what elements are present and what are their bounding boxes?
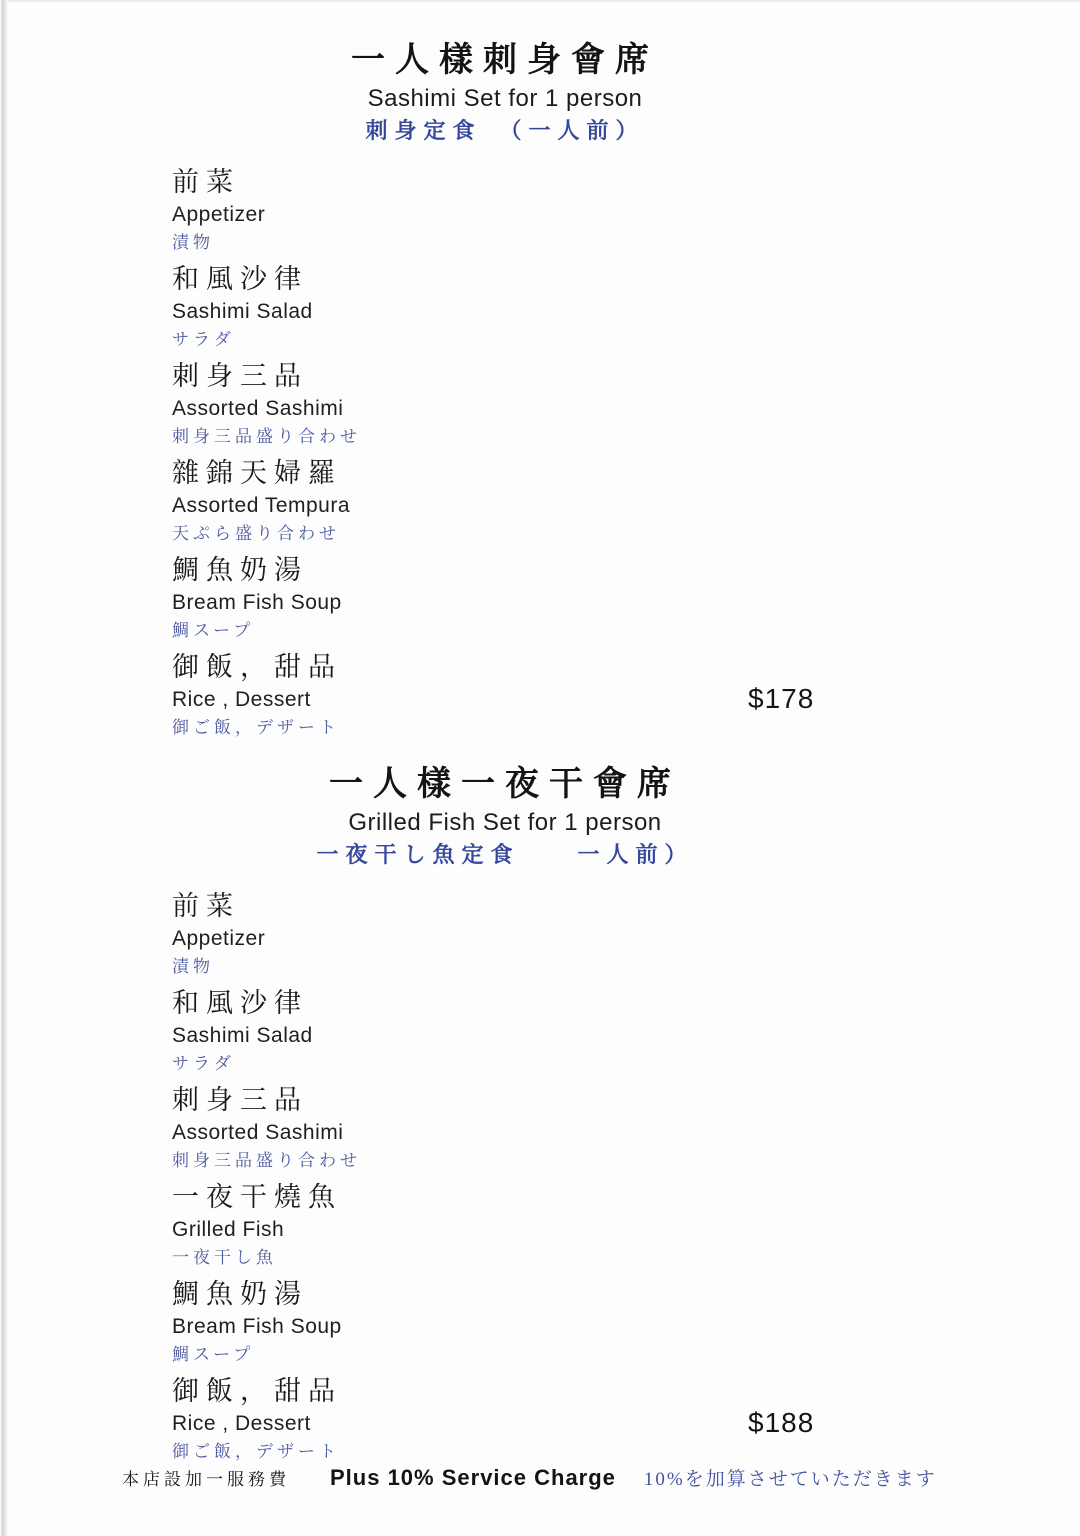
section-sashimi-set: 一人樣刺身會席 Sashimi Set for 1 person 刺身定食 （一… bbox=[0, 0, 1080, 741]
item-name-zh: 鯛魚奶湯 bbox=[172, 552, 932, 588]
menu-item: 御飯，甜品 Rice , Dessert 御ご飯，デザート $188 bbox=[172, 1373, 932, 1465]
menu-item: 鯛魚奶湯 Bream Fish Soup 鯛スープ bbox=[172, 1276, 932, 1368]
menu-item: 御飯，甜品 Rice , Dessert 御ご飯，デザート $178 bbox=[172, 649, 932, 741]
item-name-zh: 前菜 bbox=[172, 888, 932, 924]
menu-item: 雜錦天婦羅 Assorted Tempura 天ぷら盛り合わせ bbox=[172, 455, 932, 547]
item-name-zh: 御飯，甜品 bbox=[172, 649, 932, 685]
menu-page: 一人樣刺身會席 Sashimi Set for 1 person 刺身定食 （一… bbox=[0, 0, 1080, 1536]
item-name-jp: 天ぷら盛り合わせ bbox=[172, 521, 932, 547]
menu-item: 前菜 Appetizer 漬物 bbox=[172, 888, 932, 980]
item-name-en: Appetizer bbox=[172, 200, 932, 230]
item-name-zh: 刺身三品 bbox=[172, 1082, 932, 1118]
item-name-en: Rice , Dessert bbox=[172, 1409, 932, 1439]
item-name-jp: サラダ bbox=[172, 327, 932, 353]
service-charge-note: 本店設加一服務費 Plus 10% Service Charge 10%を加算さ… bbox=[0, 1464, 1080, 1491]
section-title-en: Grilled Fish Set for 1 person bbox=[0, 808, 1010, 838]
item-name-zh: 前菜 bbox=[172, 164, 932, 200]
item-name-zh: 御飯，甜品 bbox=[172, 1373, 932, 1409]
scan-edge-top bbox=[0, 0, 1080, 3]
item-name-jp: 一夜干し魚 bbox=[172, 1245, 932, 1271]
item-name-en: Assorted Sashimi bbox=[172, 1118, 932, 1148]
item-name-jp: サラダ bbox=[172, 1051, 932, 1077]
item-name-en: Appetizer bbox=[172, 924, 932, 954]
item-price: $188 bbox=[748, 1407, 814, 1439]
item-name-en: Assorted Sashimi bbox=[172, 394, 932, 424]
item-name-en: Rice , Dessert bbox=[172, 685, 932, 715]
section-title-jp: 刺身定食 （一人前） bbox=[0, 114, 1010, 148]
item-name-zh: 一夜干燒魚 bbox=[172, 1179, 932, 1215]
section-title-jp: 一夜干し魚定食 一人前） bbox=[0, 838, 1010, 872]
item-name-jp: 漬物 bbox=[172, 230, 932, 256]
scan-edge-left bbox=[0, 0, 8, 1536]
item-name-en: Bream Fish Soup bbox=[172, 1312, 932, 1342]
section-title-zh: 一人樣一夜干會席 bbox=[0, 762, 1010, 808]
menu-item: 和風沙律 Sashimi Salad サラダ bbox=[172, 261, 932, 353]
menu-item: 前菜 Appetizer 漬物 bbox=[172, 164, 932, 256]
item-name-jp: 鯛スープ bbox=[172, 1342, 932, 1368]
item-name-zh: 和風沙律 bbox=[172, 261, 932, 297]
item-name-en: Assorted Tempura bbox=[172, 491, 932, 521]
item-name-en: Sashimi Salad bbox=[172, 297, 932, 327]
menu-item: 一夜干燒魚 Grilled Fish 一夜干し魚 bbox=[172, 1179, 932, 1271]
item-name-zh: 刺身三品 bbox=[172, 358, 932, 394]
service-charge-zh: 本店設加一服務費 bbox=[122, 1465, 290, 1490]
menu-item: 刺身三品 Assorted Sashimi 刺身三品盛り合わせ bbox=[172, 1082, 932, 1174]
item-name-en: Bream Fish Soup bbox=[172, 588, 932, 618]
item-name-jp: 鯛スープ bbox=[172, 618, 932, 644]
item-price: $178 bbox=[748, 683, 814, 715]
service-charge-jp: 10%を加算させていただきます bbox=[644, 1464, 937, 1491]
item-name-zh: 鯛魚奶湯 bbox=[172, 1276, 932, 1312]
section-header: 一人樣刺身會席 Sashimi Set for 1 person 刺身定食 （一… bbox=[0, 0, 1010, 148]
section-grilled-fish-set: 一人樣一夜干會席 Grilled Fish Set for 1 person 一… bbox=[0, 746, 1080, 1465]
item-name-zh: 雜錦天婦羅 bbox=[172, 455, 932, 491]
section-header: 一人樣一夜干會席 Grilled Fish Set for 1 person 一… bbox=[0, 746, 1010, 872]
section-title-zh: 一人樣刺身會席 bbox=[0, 38, 1010, 84]
menu-item: 刺身三品 Assorted Sashimi 刺身三品盛り合わせ bbox=[172, 358, 932, 450]
item-name-jp: 御ご飯，デザート bbox=[172, 1439, 932, 1465]
service-charge-en: Plus 10% Service Charge bbox=[330, 1465, 616, 1491]
item-name-zh: 和風沙律 bbox=[172, 985, 932, 1021]
item-name-jp: 漬物 bbox=[172, 954, 932, 980]
menu-item: 和風沙律 Sashimi Salad サラダ bbox=[172, 985, 932, 1077]
section-title-en: Sashimi Set for 1 person bbox=[0, 84, 1010, 114]
item-name-jp: 御ご飯，デザート bbox=[172, 715, 932, 741]
item-name-jp: 刺身三品盛り合わせ bbox=[172, 1148, 932, 1174]
menu-items: 前菜 Appetizer 漬物 和風沙律 Sashimi Salad サラダ 刺… bbox=[172, 164, 932, 741]
menu-items: 前菜 Appetizer 漬物 和風沙律 Sashimi Salad サラダ 刺… bbox=[172, 888, 932, 1465]
menu-item: 鯛魚奶湯 Bream Fish Soup 鯛スープ bbox=[172, 552, 932, 644]
item-name-en: Sashimi Salad bbox=[172, 1021, 932, 1051]
item-name-en: Grilled Fish bbox=[172, 1215, 932, 1245]
item-name-jp: 刺身三品盛り合わせ bbox=[172, 424, 932, 450]
